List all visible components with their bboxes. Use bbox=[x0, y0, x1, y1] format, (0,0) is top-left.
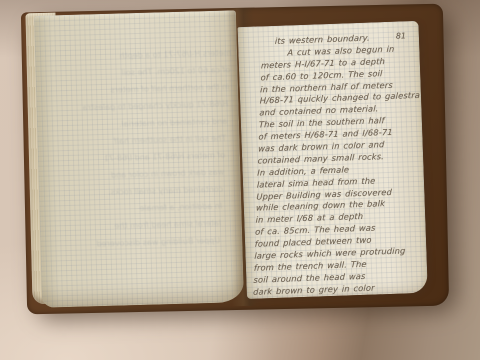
handwritten-notes: its western boundary. A cut was also beg… bbox=[253, 31, 423, 299]
right-page-handwritten: 81 its western boundary. A cut was also … bbox=[238, 21, 428, 299]
left-page-blank-graph-paper: meters H-I/67-71 to a depth of ca.60 to … bbox=[34, 10, 244, 308]
ink-showthrough: meters H-I/67-71 to a depth of ca.60 to … bbox=[48, 44, 232, 253]
notebook-photo-scene: meters H-I/67-71 to a depth of ca.60 to … bbox=[0, 0, 480, 360]
